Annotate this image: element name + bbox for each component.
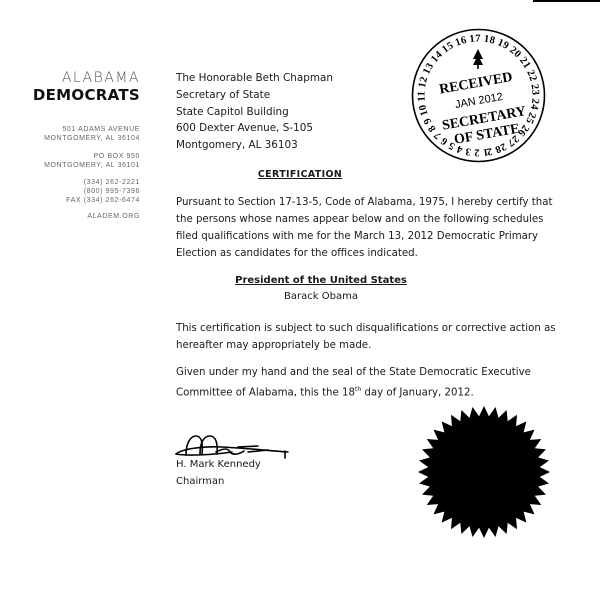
street-line: 501 Adams Avenue [10, 125, 140, 134]
para3-before: Given under my hand and the seal of the … [176, 367, 531, 398]
letterhead-po-box: PO Box 950 Montgomery, AL 36101 [10, 152, 140, 170]
addressee-name: The Honorable Beth Chapman [176, 70, 333, 87]
addressee-city: Montgomery, AL 36103 [176, 137, 333, 154]
phone-tollfree: (800) 995-7396 [10, 187, 140, 196]
addressee-block: The Honorable Beth Chapman Secretary of … [176, 70, 333, 154]
phone-main: (334) 262-2221 [10, 178, 140, 187]
top-edge-rule [533, 0, 600, 2]
addressee-building: State Capitol Building [176, 104, 333, 121]
para3-after: day of January, 2012. [361, 387, 474, 398]
certification-paragraph-1: Pursuant to Section 17-13-5, Code of Ala… [176, 194, 556, 262]
letterhead-org-line1: ALABAMA [40, 70, 140, 86]
candidate-name: Barack Obama [176, 291, 466, 302]
certification-paragraph-3: Given under my hand and the seal of the … [176, 364, 556, 401]
stamp-received: RECEIVED [438, 70, 513, 98]
city-line: Montgomery, AL 36104 [10, 134, 140, 143]
seal-starburst-icon [416, 404, 552, 540]
stamp-date: JAN 2012 [454, 91, 504, 111]
letterhead-phones: (334) 262-2221 (800) 995-7396 Fax (334) … [10, 178, 140, 205]
office-title: President of the United States [176, 275, 466, 286]
arrow-up-icon [473, 49, 483, 69]
certification-title: CERTIFICATION [170, 169, 430, 180]
po-box-line: PO Box 950 [10, 152, 140, 161]
letterhead-org-line2: DEMOCRATS [30, 86, 140, 104]
signatory-title: Chairman [176, 473, 261, 490]
addressee-title: Secretary of State [176, 87, 333, 104]
letterhead-website: ALADEM.ORG [10, 212, 140, 221]
letterhead-street-address: 501 Adams Avenue Montgomery, AL 36104 [10, 125, 140, 143]
phone-fax: Fax (334) 262-6474 [10, 196, 140, 205]
po-city-line: Montgomery, AL 36101 [10, 161, 140, 170]
received-stamp: 1 2 3 4 5 6 7 8 9 10 11 12 13 14 15 16 1… [410, 27, 547, 164]
addressee-street: 600 Dexter Avenue, S-105 [176, 120, 333, 137]
signatory-name: H. Mark Kennedy [176, 456, 261, 473]
certification-paragraph-2: This certification is subject to such di… [176, 320, 556, 354]
signatory-block: H. Mark Kennedy Chairman [176, 456, 261, 490]
